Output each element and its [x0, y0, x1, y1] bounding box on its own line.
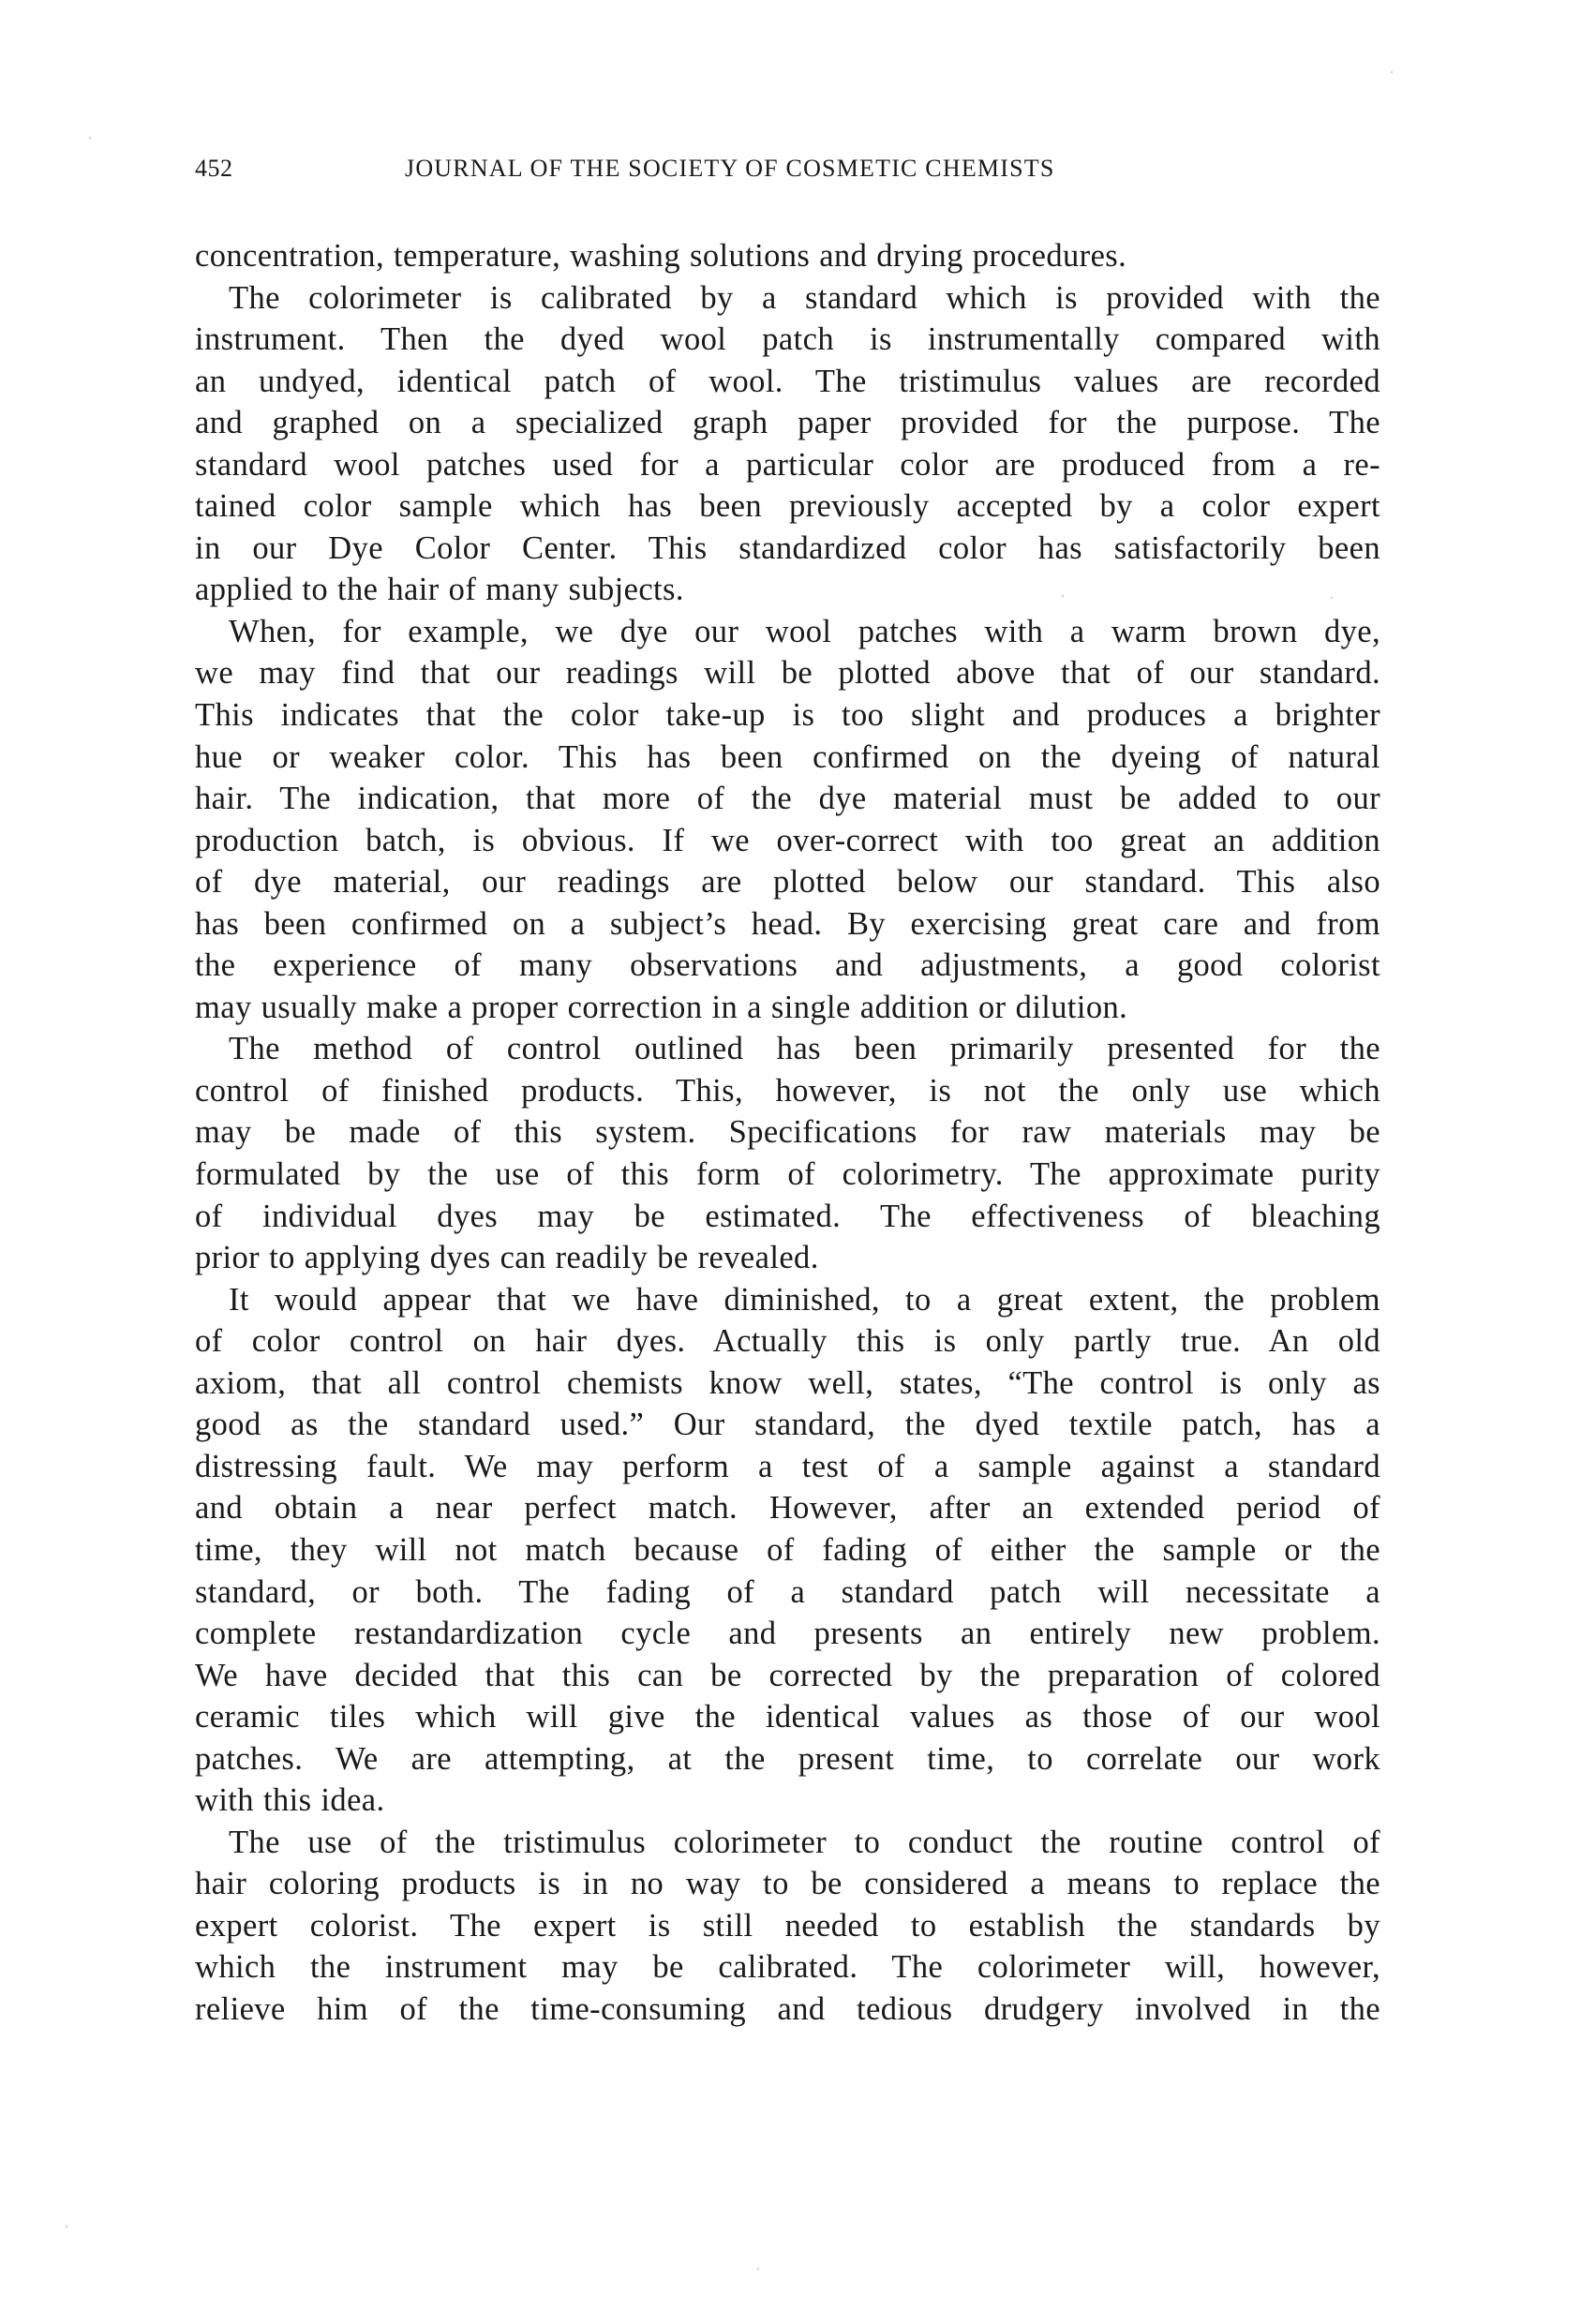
paragraph-5: It would appear that we have diminished,…: [195, 1279, 1380, 1822]
text-line: The use of the tristimulus colorimeter t…: [195, 1822, 1380, 1864]
text-line: When, for example, we dye our wool patch…: [195, 611, 1380, 653]
text-line: of color control on hair dyes. Actually …: [195, 1320, 1380, 1363]
text-line: time, they will not match because of fad…: [195, 1529, 1380, 1572]
text-line: an undyed, identical patch of wool. The …: [195, 361, 1380, 403]
text-line: production batch, is obvious. If we over…: [195, 820, 1380, 862]
text-line: hair coloring products is in no way to b…: [195, 1863, 1380, 1905]
paragraph-2: The colorimeter is calibrated by a stand…: [195, 277, 1380, 611]
text-line: may usually make a proper correction in …: [195, 987, 1380, 1029]
text-line: The colorimeter is calibrated by a stand…: [195, 277, 1380, 320]
scan-speck: [89, 137, 91, 139]
text-line: applied to the hair of many subjects.: [195, 569, 1380, 611]
text-line: instrument. Then the dyed wool patch is …: [195, 319, 1380, 361]
text-line: may be made of this system. Specificatio…: [195, 1111, 1380, 1154]
text-line: in our Dye Color Center. This standardiz…: [195, 528, 1380, 570]
text-line: and graphed on a specialized graph paper…: [195, 402, 1380, 444]
text-line: The method of control outlined has been …: [195, 1028, 1380, 1070]
text-line: patches. We are attempting, at the prese…: [195, 1738, 1380, 1780]
text-line: axiom, that all control chemists know we…: [195, 1363, 1380, 1405]
document-page: 452 JOURNAL OF THE SOCIETY OF COSMETIC C…: [0, 0, 1581, 2324]
text-line: we may find that our readings will be pl…: [195, 652, 1380, 694]
text-line: expert colorist. The expert is still nee…: [195, 1905, 1380, 1947]
text-line: hair. The indication, that more of the d…: [195, 778, 1380, 820]
text-line: of dye material, our readings are plotte…: [195, 861, 1380, 903]
paragraph-6: The use of the tristimulus colorimeter t…: [195, 1822, 1380, 2031]
text-line: This indicates that the color take-up is…: [195, 694, 1380, 737]
page-number: 452: [195, 152, 233, 186]
scan-speck: [757, 2268, 759, 2270]
paragraph-1: concentration, temperature, washing solu…: [195, 235, 1380, 277]
text-line: with this idea.: [195, 1780, 1380, 1822]
text-line: standard, or both. The fading of a stand…: [195, 1572, 1380, 1614]
running-head: 452 JOURNAL OF THE SOCIETY OF COSMETIC C…: [195, 152, 1380, 186]
text-line: and obtain a near perfect match. However…: [195, 1487, 1380, 1529]
text-line: prior to applying dyes can readily be re…: [195, 1237, 1380, 1279]
text-line: formulated by the use of this form of co…: [195, 1154, 1380, 1196]
scan-speck: [1331, 597, 1333, 599]
text-line: We have decided that this can be correct…: [195, 1655, 1380, 1697]
paragraph-4: The method of control outlined has been …: [195, 1028, 1380, 1278]
scan-speck: [1391, 71, 1393, 73]
text-line: distressing fault. We may perform a test…: [195, 1446, 1380, 1488]
text-line: ceramic tiles which will give the identi…: [195, 1696, 1380, 1738]
body-text: concentration, temperature, washing solu…: [195, 235, 1380, 2031]
text-line: which the instrument may be calibrated. …: [195, 1946, 1380, 1989]
journal-title: JOURNAL OF THE SOCIETY OF COSMETIC CHEMI…: [405, 152, 1054, 186]
scan-speck: [66, 2226, 67, 2227]
text-line: complete restandardization cycle and pre…: [195, 1613, 1380, 1655]
text-line: the experience of many observations and …: [195, 945, 1380, 987]
text-line: hue or weaker color. This has been confi…: [195, 737, 1380, 779]
text-line: control of finished products. This, howe…: [195, 1070, 1380, 1112]
text-line: tained color sample which has been previ…: [195, 485, 1380, 528]
scan-speck: [1062, 595, 1064, 597]
text-line: concentration, temperature, washing solu…: [195, 235, 1380, 277]
text-line: has been confirmed on a subject’s head. …: [195, 903, 1380, 946]
text-line: good as the standard used.” Our standard…: [195, 1404, 1380, 1446]
text-line: relieve him of the time-consuming and te…: [195, 1989, 1380, 2031]
text-line: It would appear that we have diminished,…: [195, 1279, 1380, 1321]
paragraph-3: When, for example, we dye our wool patch…: [195, 611, 1380, 1028]
text-line: of individual dyes may be estimated. The…: [195, 1196, 1380, 1238]
text-line: standard wool patches used for a particu…: [195, 444, 1380, 486]
